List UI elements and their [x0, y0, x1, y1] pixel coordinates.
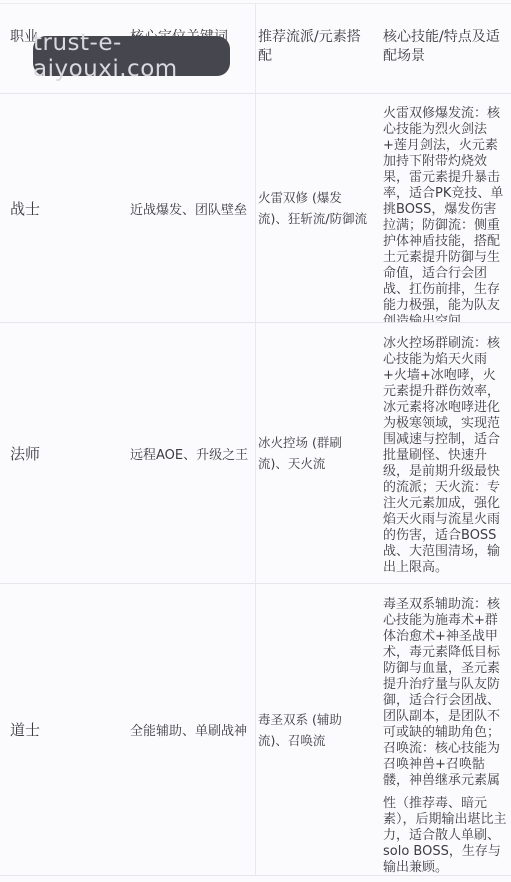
class-build-table: 职业 核心定位关键词 推荐流派/元素搭配 核心技能/特点及适配场景 战士 近战爆…: [0, 3, 511, 876]
col-header-skills: 核心技能/特点及适配场景: [370, 4, 511, 93]
details-paragraph: 冰火控场群刷流：核心技能为焰天火雨+火墙+冰咆哮，火元素提升群伤效率，冰元素将冰…: [383, 336, 507, 576]
table-row-taoist: 道士 全能辅助、单刷战神 毒圣双系 (辅助流)、召唤流 毒圣双系辅助流：核心技能…: [0, 583, 511, 875]
table-row-warrior: 战士 近战爆发、团队壁垒 火雷双修 (爆发流)、狂斩流/防御流 火雷双修爆发流：…: [0, 93, 511, 322]
watermark-badge: trust-e-aiyouxi.com: [33, 36, 230, 76]
table-row-mage: 法师 远程AOE、升级之王 冰火控场 (群刷流)、天火流 冰火控场群刷流：核心技…: [0, 322, 511, 583]
cell-details: 毒圣双系辅助流：核心技能为施毒术+群体治愈术+神圣战甲术，毒元素降低目标防御与血…: [370, 584, 511, 875]
cell-class-name: 法师: [0, 323, 128, 583]
col-header-builds: 推荐流派/元素搭配: [255, 4, 370, 93]
cell-builds: 毒圣双系 (辅助流)、召唤流: [255, 584, 370, 875]
cell-details: 火雷双修爆发流：核心技能为烈火剑法+莲月剑法，火元素加持下附带灼烧效果，雷元素提…: [370, 94, 511, 322]
cell-class-name: 战士: [0, 94, 128, 322]
cell-builds: 冰火控场 (群刷流)、天火流: [255, 323, 370, 583]
cell-keywords: 全能辅助、单刷战神: [128, 584, 255, 875]
cell-builds: 火雷双修 (爆发流)、狂斩流/防御流: [255, 94, 370, 322]
cell-keywords: 近战爆发、团队壁垒: [128, 94, 255, 322]
class-build-guide-page: 职业 核心定位关键词 推荐流派/元素搭配 核心技能/特点及适配场景 战士 近战爆…: [0, 0, 511, 882]
details-paragraph: 毒圣双系辅助流：核心技能为施毒术+群体治愈术+神圣战甲术，毒元素降低目标防御与血…: [383, 597, 507, 789]
details-paragraph: 火雷双修爆发流：核心技能为烈火剑法+莲月剑法，火元素加持下附带灼烧效果，雷元素提…: [383, 106, 507, 322]
details-paragraph: 性（推荐毒、暗元素），后期输出堪比主力，适合散人单刷、solo BOSS，生存与…: [383, 796, 507, 875]
watermark-text: trust-e-aiyouxi.com: [33, 30, 230, 82]
cell-details: 冰火控场群刷流：核心技能为焰天火雨+火墙+冰咆哮，火元素提升群伤效率，冰元素将冰…: [370, 323, 511, 583]
cell-keywords: 远程AOE、升级之王: [128, 323, 255, 583]
cell-class-name: 道士: [0, 584, 128, 875]
